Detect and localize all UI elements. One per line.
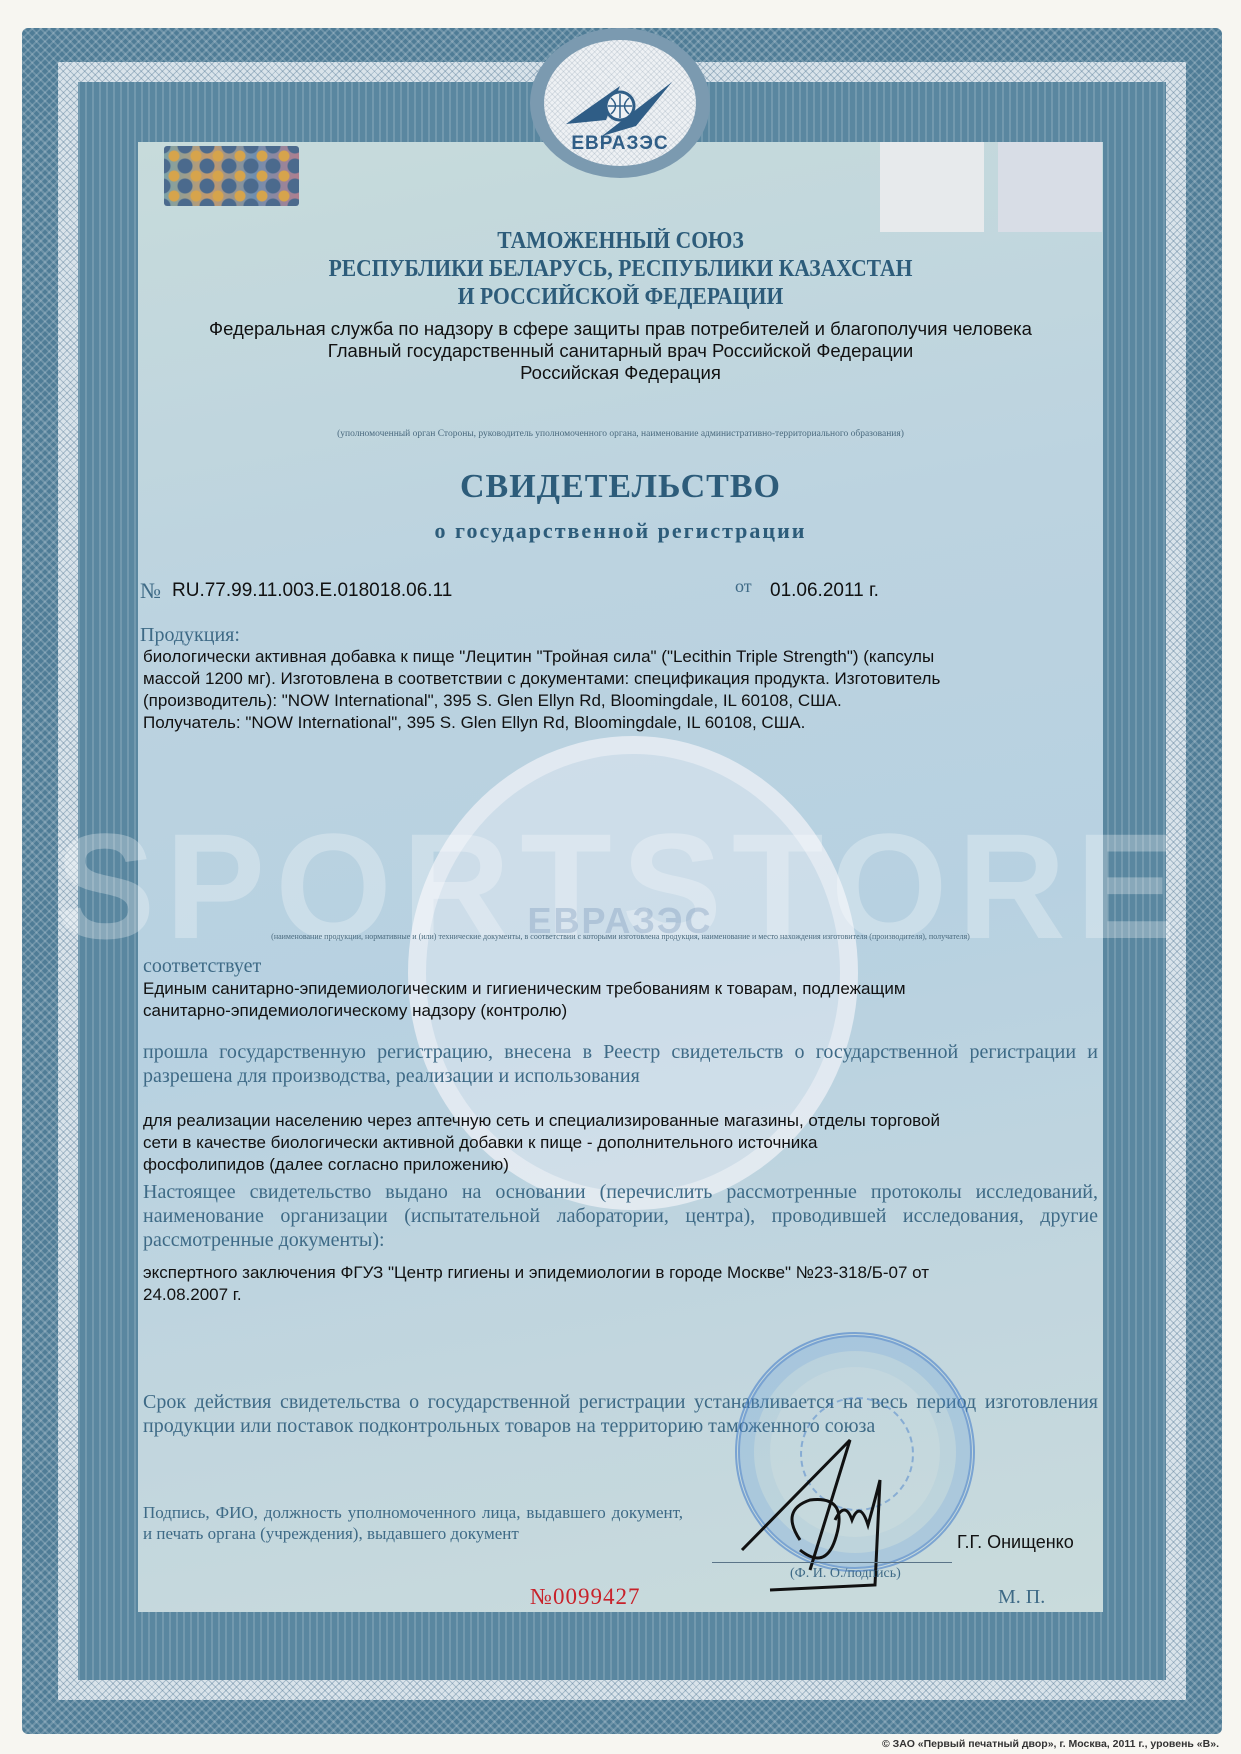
emblem-text: ЕВРАЗЭС xyxy=(544,133,696,155)
hologram-sticker-icon xyxy=(164,146,299,206)
security-field-left xyxy=(880,142,984,232)
evrazes-emblem: ЕВРАЗЭС xyxy=(530,28,710,178)
serial-number: №0099427 xyxy=(530,1584,640,1610)
printer-note: © ЗАО «Первый печатный двор», г. Москва,… xyxy=(882,1738,1219,1750)
authority-line3: Российская Федерация xyxy=(138,362,1103,384)
compliance-text: Единым санитарно-эпидемиологическим и ги… xyxy=(143,978,1123,1022)
registration-date: 01.06.2011 г. xyxy=(770,580,879,602)
security-field-right xyxy=(998,142,1102,232)
union-title-line1: ТАМОЖЕННЫЙ СОЮЗ xyxy=(186,228,1055,255)
union-title-line2: РЕСПУБЛИКИ БЕЛАРУСЬ, РЕСПУБЛИКИ КАЗАХСТА… xyxy=(186,256,1055,283)
date-label: от xyxy=(735,576,752,597)
product-label: Продукция: xyxy=(140,624,240,647)
registration-number: RU.77.99.11.003.Е.018018.06.11 xyxy=(172,580,452,602)
compliance-label: соответствует xyxy=(143,955,261,978)
basis-statement: Настоящее свидетельство выдано на основа… xyxy=(143,1180,1098,1252)
usage-text: для реализации населению через аптечную … xyxy=(143,1110,1123,1176)
product-caption: (наименование продукции, нормативные и (… xyxy=(138,932,1103,941)
basis-documents: экспертного заключения ФГУЗ "Центр гигие… xyxy=(143,1262,1123,1306)
signature-line-caption: (Ф. И. О./подпись) xyxy=(790,1566,901,1582)
watermark-text: SPORTSTORE xyxy=(0,800,1241,973)
authority-line1: Федеральная служба по надзору в сфере за… xyxy=(138,318,1103,340)
number-label: № xyxy=(140,578,161,604)
authority-caption: (уполномоченный орган Стороны, руководит… xyxy=(138,429,1103,439)
signature-line xyxy=(712,1562,952,1563)
authority-line2: Главный государственный санитарный врач … xyxy=(138,340,1103,362)
document-subtitle: о государственной регистрации xyxy=(138,518,1103,544)
product-description: биологически активная добавка к пище "Ле… xyxy=(143,646,1123,734)
document-title: СВИДЕТЕЛЬСТВО xyxy=(138,468,1103,506)
union-title-line3: И РОССИЙСКОЙ ФЕДЕРАЦИИ xyxy=(186,284,1055,311)
seal-mark: М. П. xyxy=(998,1586,1045,1609)
registration-statement: прошла государственную регистрацию, внес… xyxy=(143,1040,1098,1088)
signatory-name: Г.Г. Онищенко xyxy=(957,1532,1074,1553)
signature-caption: Подпись, ФИО, должность уполномоченного … xyxy=(143,1502,683,1544)
